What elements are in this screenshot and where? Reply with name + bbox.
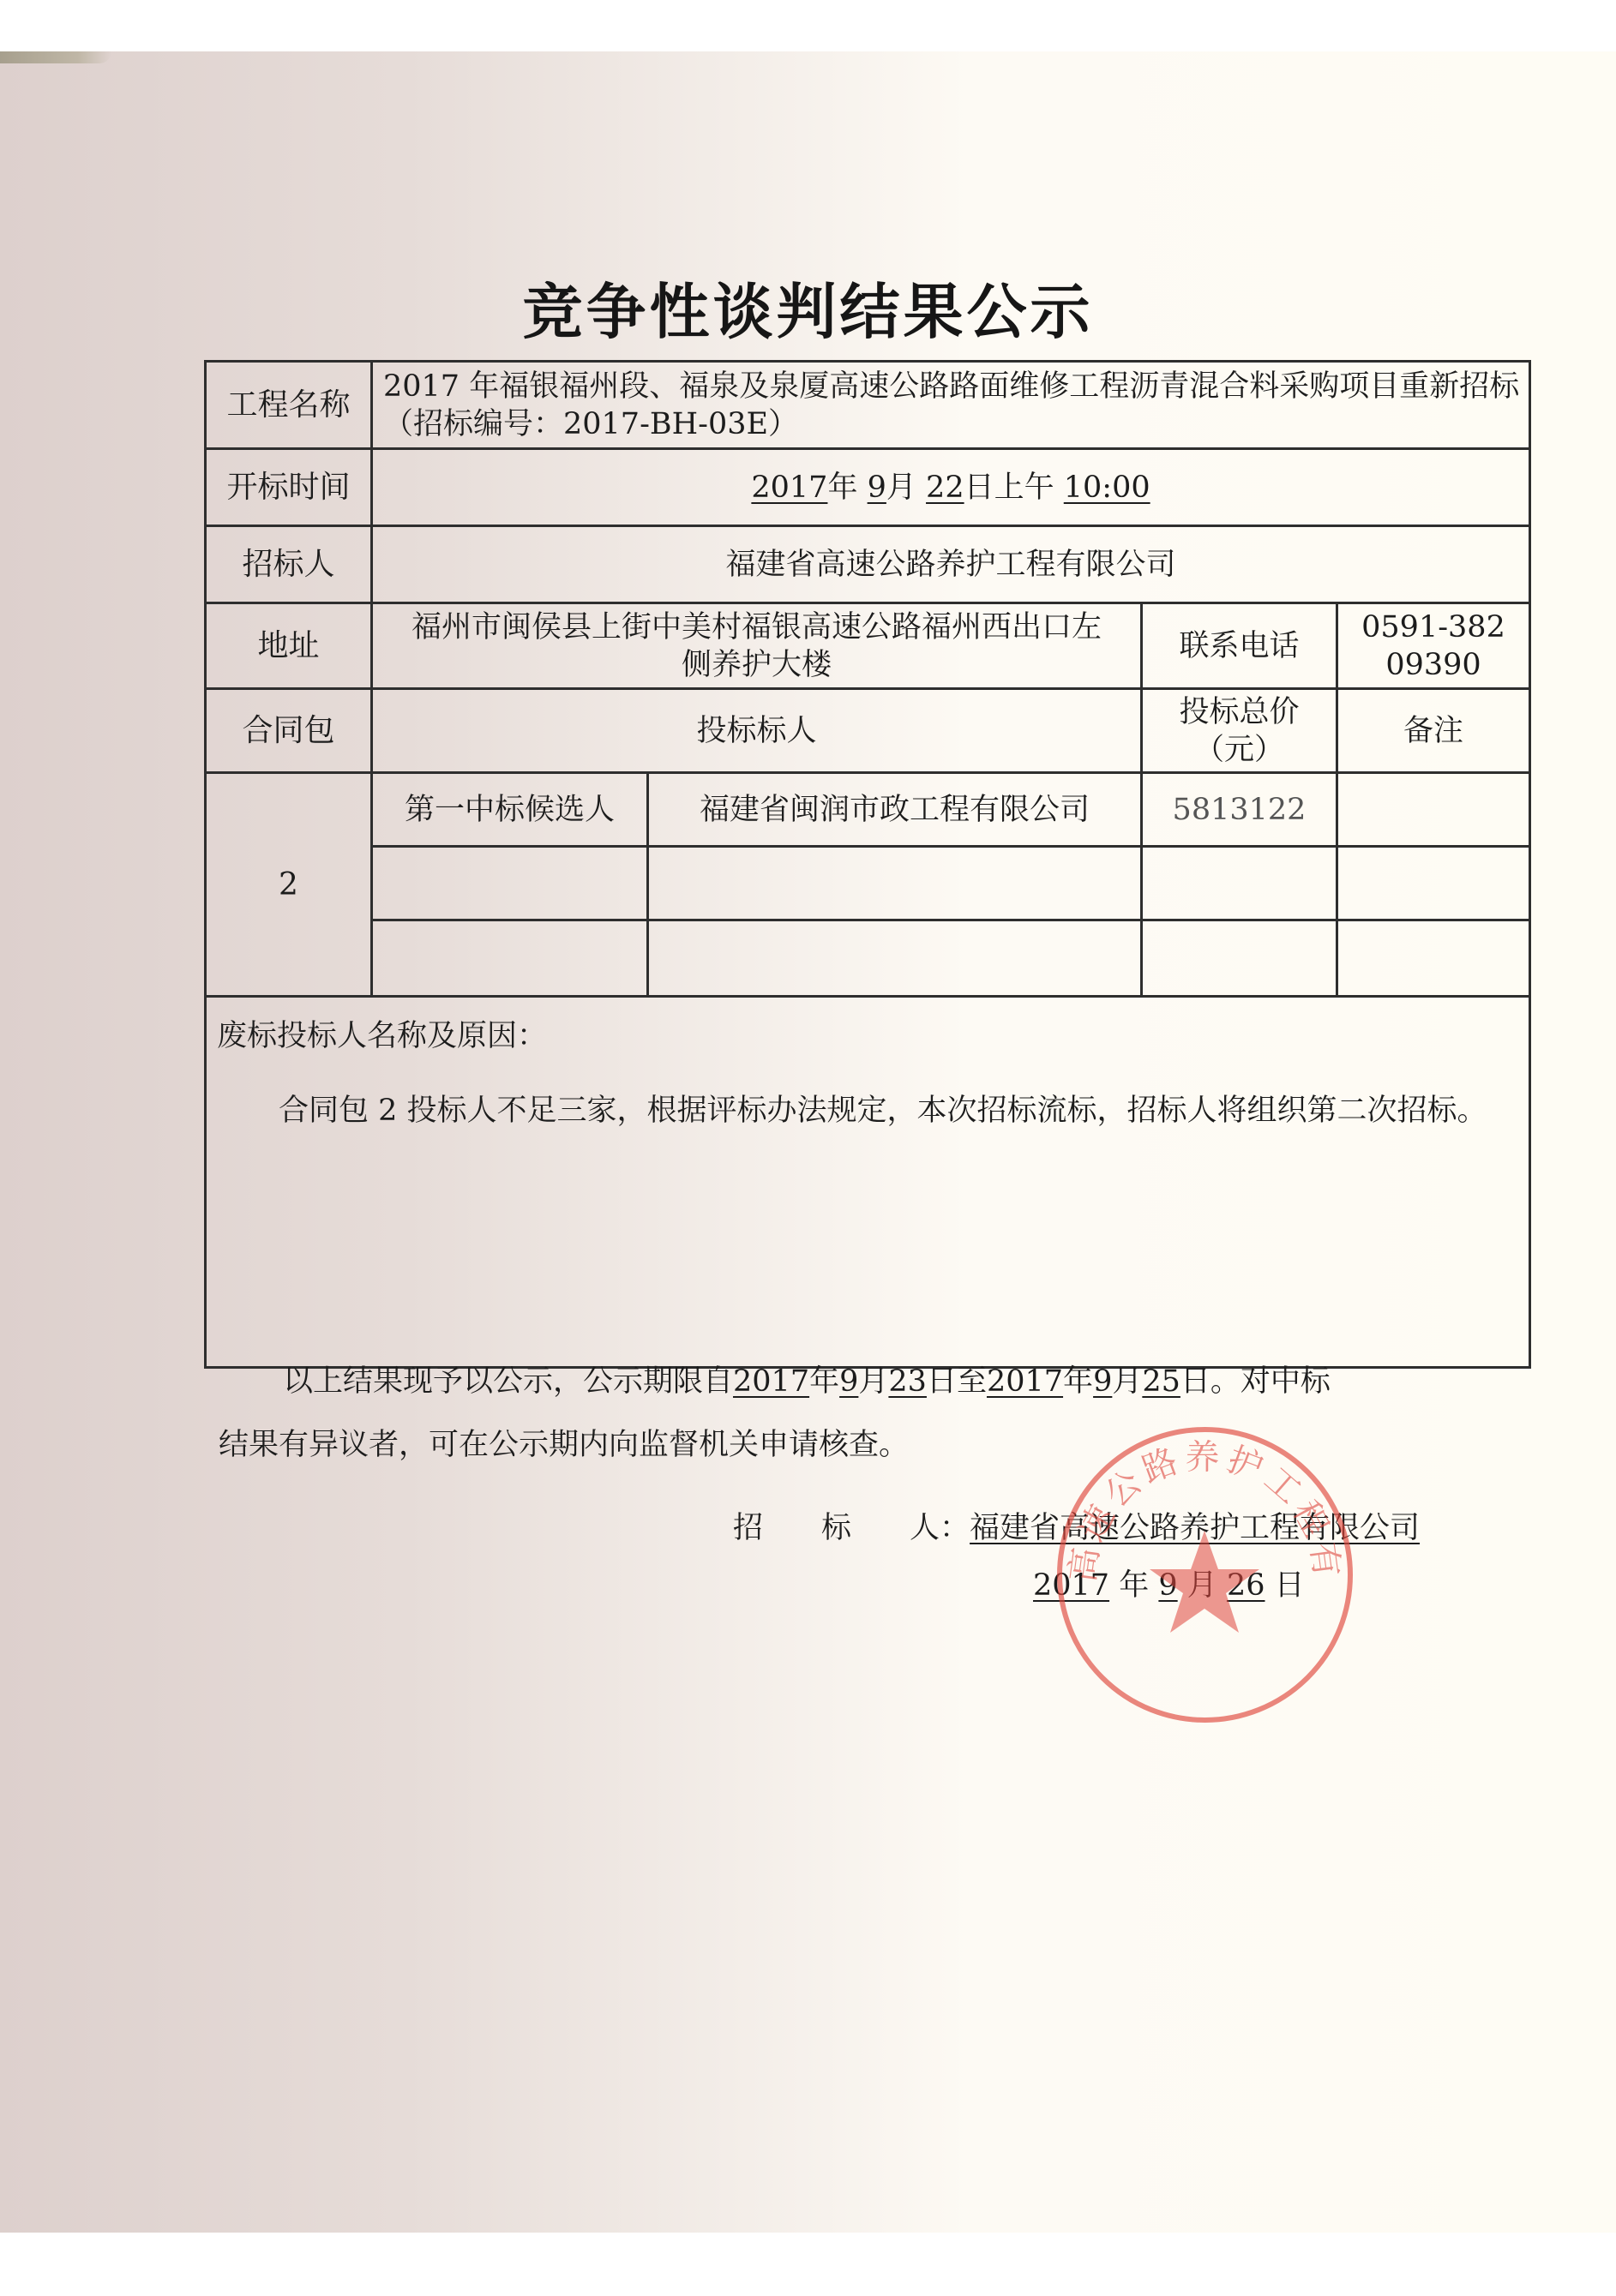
project-name-label: 工程名称 xyxy=(207,363,373,447)
end-month: 9 xyxy=(1093,1364,1112,1399)
row-bid-headers: 合同包 投标标人 投标总价（元） 备注 xyxy=(207,690,1529,774)
start-month-unit: 月 xyxy=(858,1364,888,1399)
sig-month-unit: 月 xyxy=(1187,1568,1217,1603)
start-day-unit: 日至 xyxy=(927,1364,987,1399)
page-title: 竞争性谈判结果公示 xyxy=(0,264,1616,351)
signer-label-3: 人： xyxy=(910,1511,970,1545)
result-table: 工程名称 2017 年福银福州段、福泉及泉厦高速公路路面维修工程沥青混合料采购项… xyxy=(204,360,1531,1369)
address-value: 福州市闽侯县上街中美村福银高速公路福州西出口左侧养护大楼 xyxy=(373,604,1143,687)
opening-month: 9 xyxy=(868,466,886,509)
start-month: 9 xyxy=(839,1364,858,1399)
package-rows: 第一中标候选人 福建省闽润市政工程有限公司 5813122 xyxy=(373,774,1529,995)
row-opening-time: 开标时间 2017年 9月 22日上午 10:00 xyxy=(207,450,1529,527)
signer-label-1: 招 xyxy=(733,1511,763,1545)
table-row xyxy=(373,921,1529,995)
header-remarks: 备注 xyxy=(1338,690,1529,771)
row-address: 地址 福州市闽侯县上街中美村福银高速公路福州西出口左侧养护大楼 联系电话 059… xyxy=(207,604,1529,690)
opening-clock: 10:00 xyxy=(1064,466,1150,509)
month-unit: 月 xyxy=(886,466,916,509)
signature-line: 招标人：福建省高速公路养护工程有限公司 xyxy=(733,1504,1420,1547)
phone-value: 0591-38209390 xyxy=(1338,604,1529,687)
candidate-price xyxy=(1143,848,1338,919)
candidate-price: 5813122 xyxy=(1143,774,1338,845)
end-year: 2017 xyxy=(987,1364,1063,1399)
project-name-value: 2017 年福银福州段、福泉及泉厦高速公路路面维修工程沥青混合料采购项目重新招标… xyxy=(373,363,1529,447)
end-day: 25 xyxy=(1142,1364,1180,1399)
start-year: 2017 xyxy=(733,1364,809,1399)
signer-label-2: 标 xyxy=(821,1511,851,1545)
end-year-unit: 年 xyxy=(1063,1364,1093,1399)
opening-day: 22 xyxy=(926,466,964,509)
candidate-remark xyxy=(1338,848,1529,919)
candidate-remark xyxy=(1338,921,1529,995)
candidate-rank xyxy=(373,848,649,919)
disqualified-reason: 合同包 2 投标人不足三家，根据评标办法规定，本次招标流标，招标人将组织第二次招… xyxy=(217,1076,1518,1145)
package-number: 2 xyxy=(207,774,373,995)
opening-time-label: 开标时间 xyxy=(207,450,373,525)
sig-year: 2017 xyxy=(1033,1568,1109,1603)
sig-day: 26 xyxy=(1227,1568,1265,1603)
opening-year: 2017 xyxy=(751,466,827,509)
sig-month: 9 xyxy=(1158,1568,1177,1603)
opening-time-value: 2017年 9月 22日上午 10:00 xyxy=(373,450,1529,525)
sig-year-unit: 年 xyxy=(1119,1568,1149,1603)
start-day: 23 xyxy=(888,1364,927,1399)
row-tenderer: 招标人 福建省高速公路养护工程有限公司 xyxy=(207,527,1529,604)
candidate-remark xyxy=(1338,774,1529,845)
notice-period-line: 以上结果现予以公示，公示期限自2017年9月23日至2017年9月25日。对中标 xyxy=(219,1350,1505,1413)
tenderer-value: 福建省高速公路养护工程有限公司 xyxy=(373,527,1529,602)
publicity-notice: 以上结果现予以公示，公示期限自2017年9月23日至2017年9月25日。对中标… xyxy=(219,1350,1505,1477)
notice-prefix: 以上结果现予以公示，公示期限自 xyxy=(283,1364,733,1399)
disqualified-section: 废标投标人名称及原因： 合同包 2 投标人不足三家，根据评标办法规定，本次招标流… xyxy=(207,998,1529,1366)
end-month-unit: 月 xyxy=(1112,1364,1142,1399)
header-bidder: 投标标人 xyxy=(373,690,1143,771)
package-block: 2 第一中标候选人 福建省闽润市政工程有限公司 5813122 xyxy=(207,774,1529,998)
end-day-unit: 日。对中标 xyxy=(1180,1364,1331,1399)
year-unit: 年 xyxy=(827,466,857,509)
candidate-bidder xyxy=(649,848,1143,919)
address-label: 地址 xyxy=(207,604,373,687)
row-project-name: 工程名称 2017 年福银福州段、福泉及泉厦高速公路路面维修工程沥青混合料采购项… xyxy=(207,363,1529,450)
candidate-price xyxy=(1143,921,1338,995)
table-row xyxy=(373,848,1529,921)
candidate-rank: 第一中标候选人 xyxy=(373,774,649,845)
disqualified-label: 废标投标人名称及原因： xyxy=(217,1015,1518,1058)
tenderer-label: 招标人 xyxy=(207,527,373,602)
signer-name: 福建省高速公路养护工程有限公司 xyxy=(970,1511,1420,1545)
signature-date: 2017 年 9 月 26 日 xyxy=(1033,1562,1305,1604)
phone-label: 联系电话 xyxy=(1143,604,1338,687)
sig-day-unit: 日 xyxy=(1275,1568,1305,1603)
table-row: 第一中标候选人 福建省闽润市政工程有限公司 5813122 xyxy=(373,774,1529,848)
day-unit: 日上午 xyxy=(964,466,1054,509)
header-package: 合同包 xyxy=(207,690,373,771)
candidate-rank xyxy=(373,921,649,995)
notice-objection-line: 结果有异议者，可在公示期内向监督机关申请核查。 xyxy=(219,1413,1505,1477)
candidate-bidder xyxy=(649,921,1143,995)
header-total-price: 投标总价（元） xyxy=(1143,690,1338,771)
start-year-unit: 年 xyxy=(809,1364,839,1399)
paper-edge-shadow xyxy=(0,51,111,63)
candidate-bidder: 福建省闽润市政工程有限公司 xyxy=(649,774,1143,845)
